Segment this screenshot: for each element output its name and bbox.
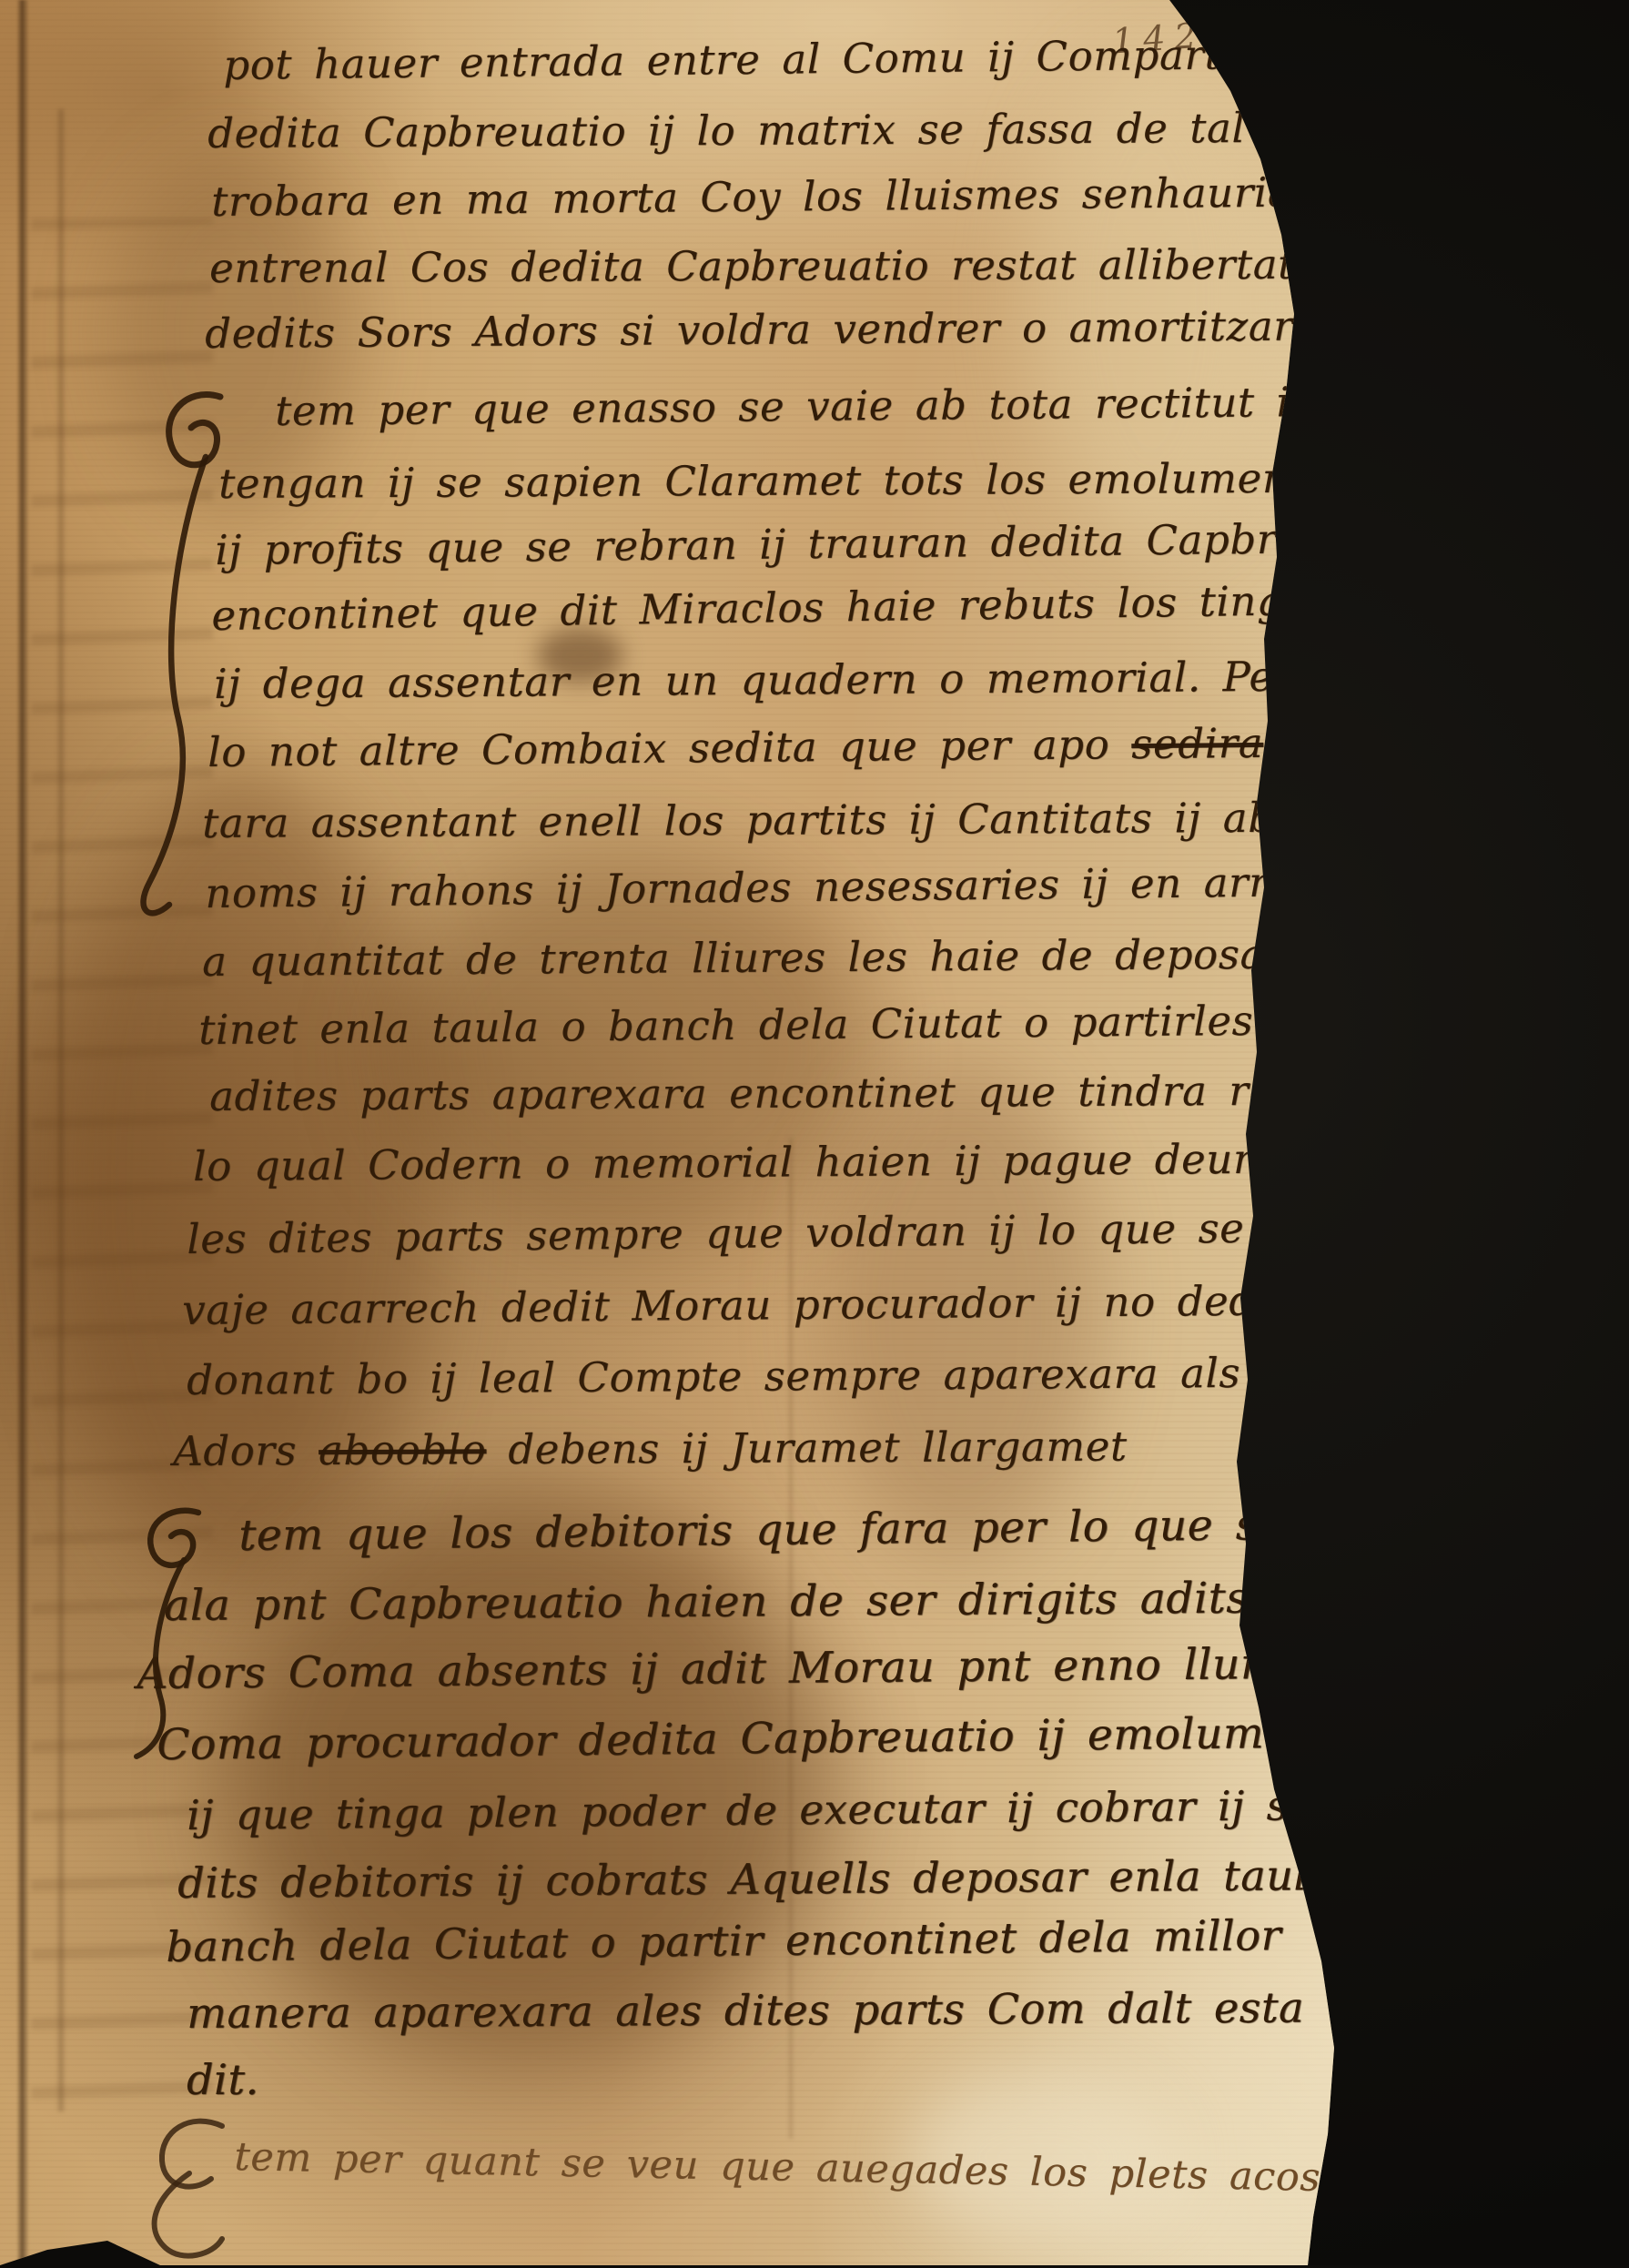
line-text: noms ij rahons ij Jornades nesessaries i… <box>205 857 1379 917</box>
struck-word: abooblo <box>319 1425 487 1474</box>
manuscript-line: donant bo ij leal Compte sempre aparexar… <box>187 1347 1459 1404</box>
manuscript-line: adites parts aparexara encontinet que ti… <box>209 1066 1401 1120</box>
manuscript-line: ij que tinga plen poder de executar ij c… <box>187 1780 1482 1839</box>
line-text: tem per que enasso se vaie ab tota recti… <box>275 377 1445 435</box>
manuscript-line: Adors abooblo debens ij Juramet llargame… <box>173 1423 1128 1475</box>
line-text: dits debitoris ij cobrats Aquells deposa… <box>177 1850 1381 1908</box>
line-text: debens ij Juramet llargamet <box>486 1423 1127 1474</box>
manuscript-line: les dites parts sempre que voldran ij lo… <box>187 1202 1383 1263</box>
line-text: pot hauer entrada entre al Comu ij Compa… <box>223 29 1343 89</box>
manuscript-line: trobara en ma morta Coy los lluismes sen… <box>211 168 1293 226</box>
line-text: dedita Capbreuatio ij lo matrix se fassa… <box>207 103 1408 157</box>
manuscript-line: tara assentant enell los partits ij Cant… <box>202 793 1357 847</box>
line-text: tem que los debitoris que fara per lo qu… <box>238 1498 1481 1561</box>
line-text: tengan ij se sapien Claramet tots los em… <box>218 454 1328 508</box>
manuscript-line: manera aparexara ales dites parts Com da… <box>187 1983 1304 2038</box>
manuscript-line: Coma procurador dedita Capbreuatio ij em… <box>157 1707 1359 1770</box>
struck-word: sedira <box>1131 719 1263 768</box>
line-text: tinet enla taula o banch dela Ciutat o p… <box>198 996 1310 1054</box>
scan-backdrop: { "manuscript": { "page_number": "142", … <box>0 0 1629 2265</box>
manuscript-line: vaje acarrech dedit Morau procurador ij … <box>182 1275 1463 1334</box>
manuscript-line: tem per que enasso se vaie ab tota recti… <box>275 377 1445 435</box>
line-text: lo not altre Combaix sedita que per apo <box>207 720 1131 776</box>
line-text: les dites parts sempre que voldran ij lo… <box>187 1202 1383 1263</box>
manuscript-line: tem per quant se veu que auegades los pl… <box>234 2134 1450 2203</box>
line-text: adites parts aparexara encontinet que ti… <box>209 1066 1401 1120</box>
manuscript-line: ij profits que se rebran ij trauran dedi… <box>215 513 1410 574</box>
line-text: donant bo ij leal Compte sempre aparexar… <box>187 1347 1459 1404</box>
line-text: ij dega assentar en un quadern o memoria… <box>214 652 1401 708</box>
manuscript-line: dedits Sors Adors si voldra vendrer o am… <box>205 302 1293 358</box>
manuscript-line: ala pnt Capbreuatio haien de ser dirigit… <box>164 1573 1371 1631</box>
manuscript-line: tinet enla taula o banch dela Ciutat o p… <box>198 996 1310 1054</box>
line-text: lo qual Codern o memorial haien ij pague… <box>193 1135 1298 1190</box>
line-text: manera aparexara ales dites parts Com da… <box>187 1983 1304 2038</box>
manuscript-line: tem que los debitoris que fara per lo qu… <box>238 1498 1481 1561</box>
manuscript-line: pot hauer entrada entre al Comu ij Compa… <box>223 29 1343 89</box>
manuscript-line: lo qual Codern o memorial haien ij pague… <box>193 1135 1298 1190</box>
line-text: dedits Sors Adors si voldra vendrer o am… <box>205 302 1293 358</box>
line-text: tem per quant se veu que auegades los pl… <box>234 2134 1450 2203</box>
gutter-crease <box>56 109 66 2111</box>
line-text: trobara en ma morta Coy los lluismes sen… <box>211 168 1293 226</box>
manuscript-line: ij dega assentar en un quadern o memoria… <box>214 652 1401 708</box>
manuscript-line: dedita Capbreuatio ij lo matrix se fassa… <box>207 103 1408 157</box>
line-text: ala pnt Capbreuatio haien de ser dirigit… <box>164 1573 1371 1631</box>
manuscript-line: dit. <box>187 2055 259 2104</box>
manuscript-line: banch dela Ciutat o partir encontinet de… <box>166 1910 1281 1971</box>
manuscript-line: noms ij rahons ij Jornades nesessaries i… <box>205 857 1379 917</box>
line-text: Adors Coma absents ij adit Morau pnt enn… <box>137 1639 1311 1699</box>
line-text: ij profits que se rebran ij trauran dedi… <box>215 513 1410 574</box>
gutter-crease <box>16 0 29 2265</box>
line-text: dit. <box>187 2055 259 2104</box>
manuscript-line: Adors Coma absents ij adit Morau pnt enn… <box>137 1639 1311 1699</box>
line-text: encontinet que dit Miraclos haie rebuts … <box>211 576 1309 640</box>
manuscript-line: encontinet que dit Miraclos haie rebuts … <box>211 576 1309 640</box>
line-text: a quantitat de trenta lliures les haie d… <box>202 929 1434 986</box>
manuscript-line: tengan ij se sapien Claramet tots los em… <box>218 454 1328 508</box>
line-text: Coma procurador dedita Capbreuatio ij em… <box>157 1707 1359 1770</box>
line-text: entrenal Cos dedita Capbreuatio restat a… <box>209 240 1295 292</box>
line-text: apor <box>1263 718 1382 767</box>
line-text: ij que tinga plen poder de executar ij c… <box>187 1780 1482 1839</box>
show-through-text <box>31 218 213 2111</box>
line-text: Adors <box>173 1426 319 1475</box>
manuscript-line: dits debitoris ij cobrats Aquells deposa… <box>177 1850 1381 1908</box>
line-text: banch dela Ciutat o partir encontinet de… <box>166 1910 1281 1971</box>
manuscript-line: a quantitat de trenta lliures les haie d… <box>202 929 1434 986</box>
manuscript-line: lo not altre Combaix sedita que per apo … <box>207 718 1382 776</box>
line-text: tara assentant enell los partits ij Cant… <box>202 793 1357 847</box>
line-text: vaje acarrech dedit Morau procurador ij … <box>182 1275 1463 1334</box>
manuscript-line: entrenal Cos dedita Capbreuatio restat a… <box>209 240 1295 292</box>
paragraph-initial <box>135 2110 253 2264</box>
manuscript-page: 142 pot hauer entrada entre al Comu ij C… <box>0 0 1629 2265</box>
